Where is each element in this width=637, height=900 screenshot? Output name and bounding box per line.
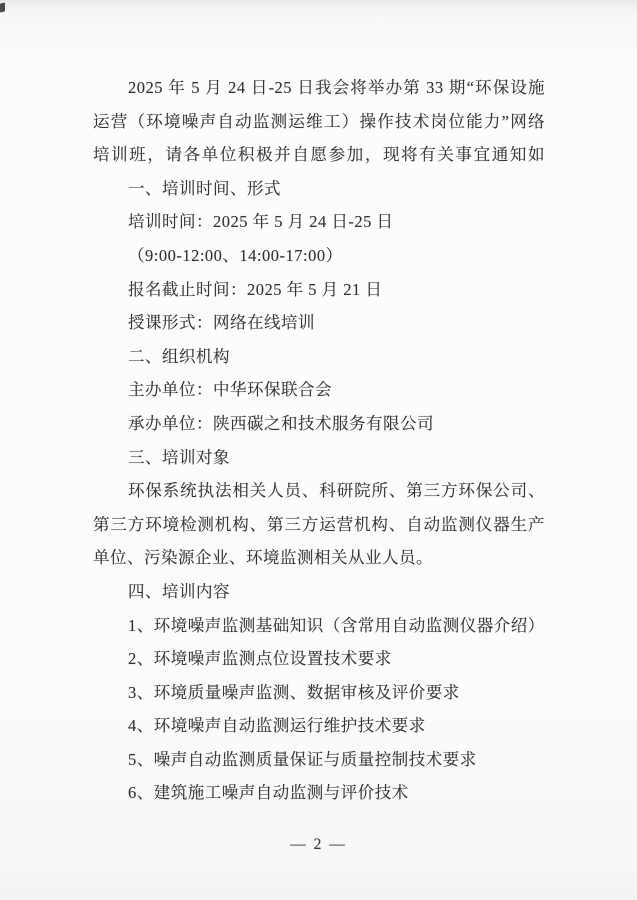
registration-deadline-line: 报名截止时间：2025 年 5 月 21 日: [93, 273, 545, 307]
content-item-6: 6、建筑施工噪声自动监测与评价技术: [93, 776, 545, 810]
audience-paragraph-line-1: 环保系统执法相关人员、科研院所、第三方环保公司、: [93, 474, 545, 508]
section-heading-2: 二、组织机构: [93, 340, 545, 374]
teaching-format-line: 授课形式：网络在线培训: [93, 306, 545, 340]
training-time-line: 培训时间：2025 年 5 月 24 日-25 日: [93, 205, 545, 239]
content-item-3: 3、环境质量噪声监测、数据审核及评价要求: [93, 676, 545, 710]
content-item-4: 4、环境噪声自动监测运行维护技术要求: [93, 709, 545, 743]
section-heading-3: 三、培训对象: [93, 441, 545, 475]
organizer-line: 主办单位：中华环保联合会: [93, 373, 545, 407]
training-hours-line: （9:00-12:00、14:00-17:00）: [93, 239, 545, 273]
scan-artifact-mark: [0, 2, 5, 12]
content-item-1: 1、环境噪声监测基础知识（含常用自动监测仪器介绍）: [93, 609, 545, 643]
intro-paragraph-line-3: 培训班，请各单位积极并自愿参加，现将有关事宜通知如下：: [93, 138, 545, 172]
document-body: 2025 年 5 月 24 日-25 日我会将举办第 33 期“环保设施 运营（…: [93, 71, 545, 810]
section-heading-4: 四、培训内容: [93, 575, 545, 609]
page-number: — 2 —: [0, 833, 637, 857]
intro-paragraph-line-2: 运营（环境噪声自动监测运维工）操作技术岗位能力”网络: [93, 105, 545, 139]
co-organizer-line: 承办单位：陕西碳之和技术服务有限公司: [93, 407, 545, 441]
audience-paragraph-line-2: 第三方环境检测机构、第三方运营机构、自动监测仪器生产: [93, 508, 545, 542]
intro-paragraph-line-1: 2025 年 5 月 24 日-25 日我会将举办第 33 期“环保设施: [93, 71, 545, 105]
section-heading-1: 一、培训时间、形式: [93, 172, 545, 206]
content-item-5: 5、噪声自动监测质量保证与质量控制技术要求: [93, 743, 545, 777]
content-item-2: 2、环境噪声监测点位设置技术要求: [93, 642, 545, 676]
audience-paragraph-line-3: 单位、污染源企业、环境监测相关从业人员。: [93, 541, 545, 575]
